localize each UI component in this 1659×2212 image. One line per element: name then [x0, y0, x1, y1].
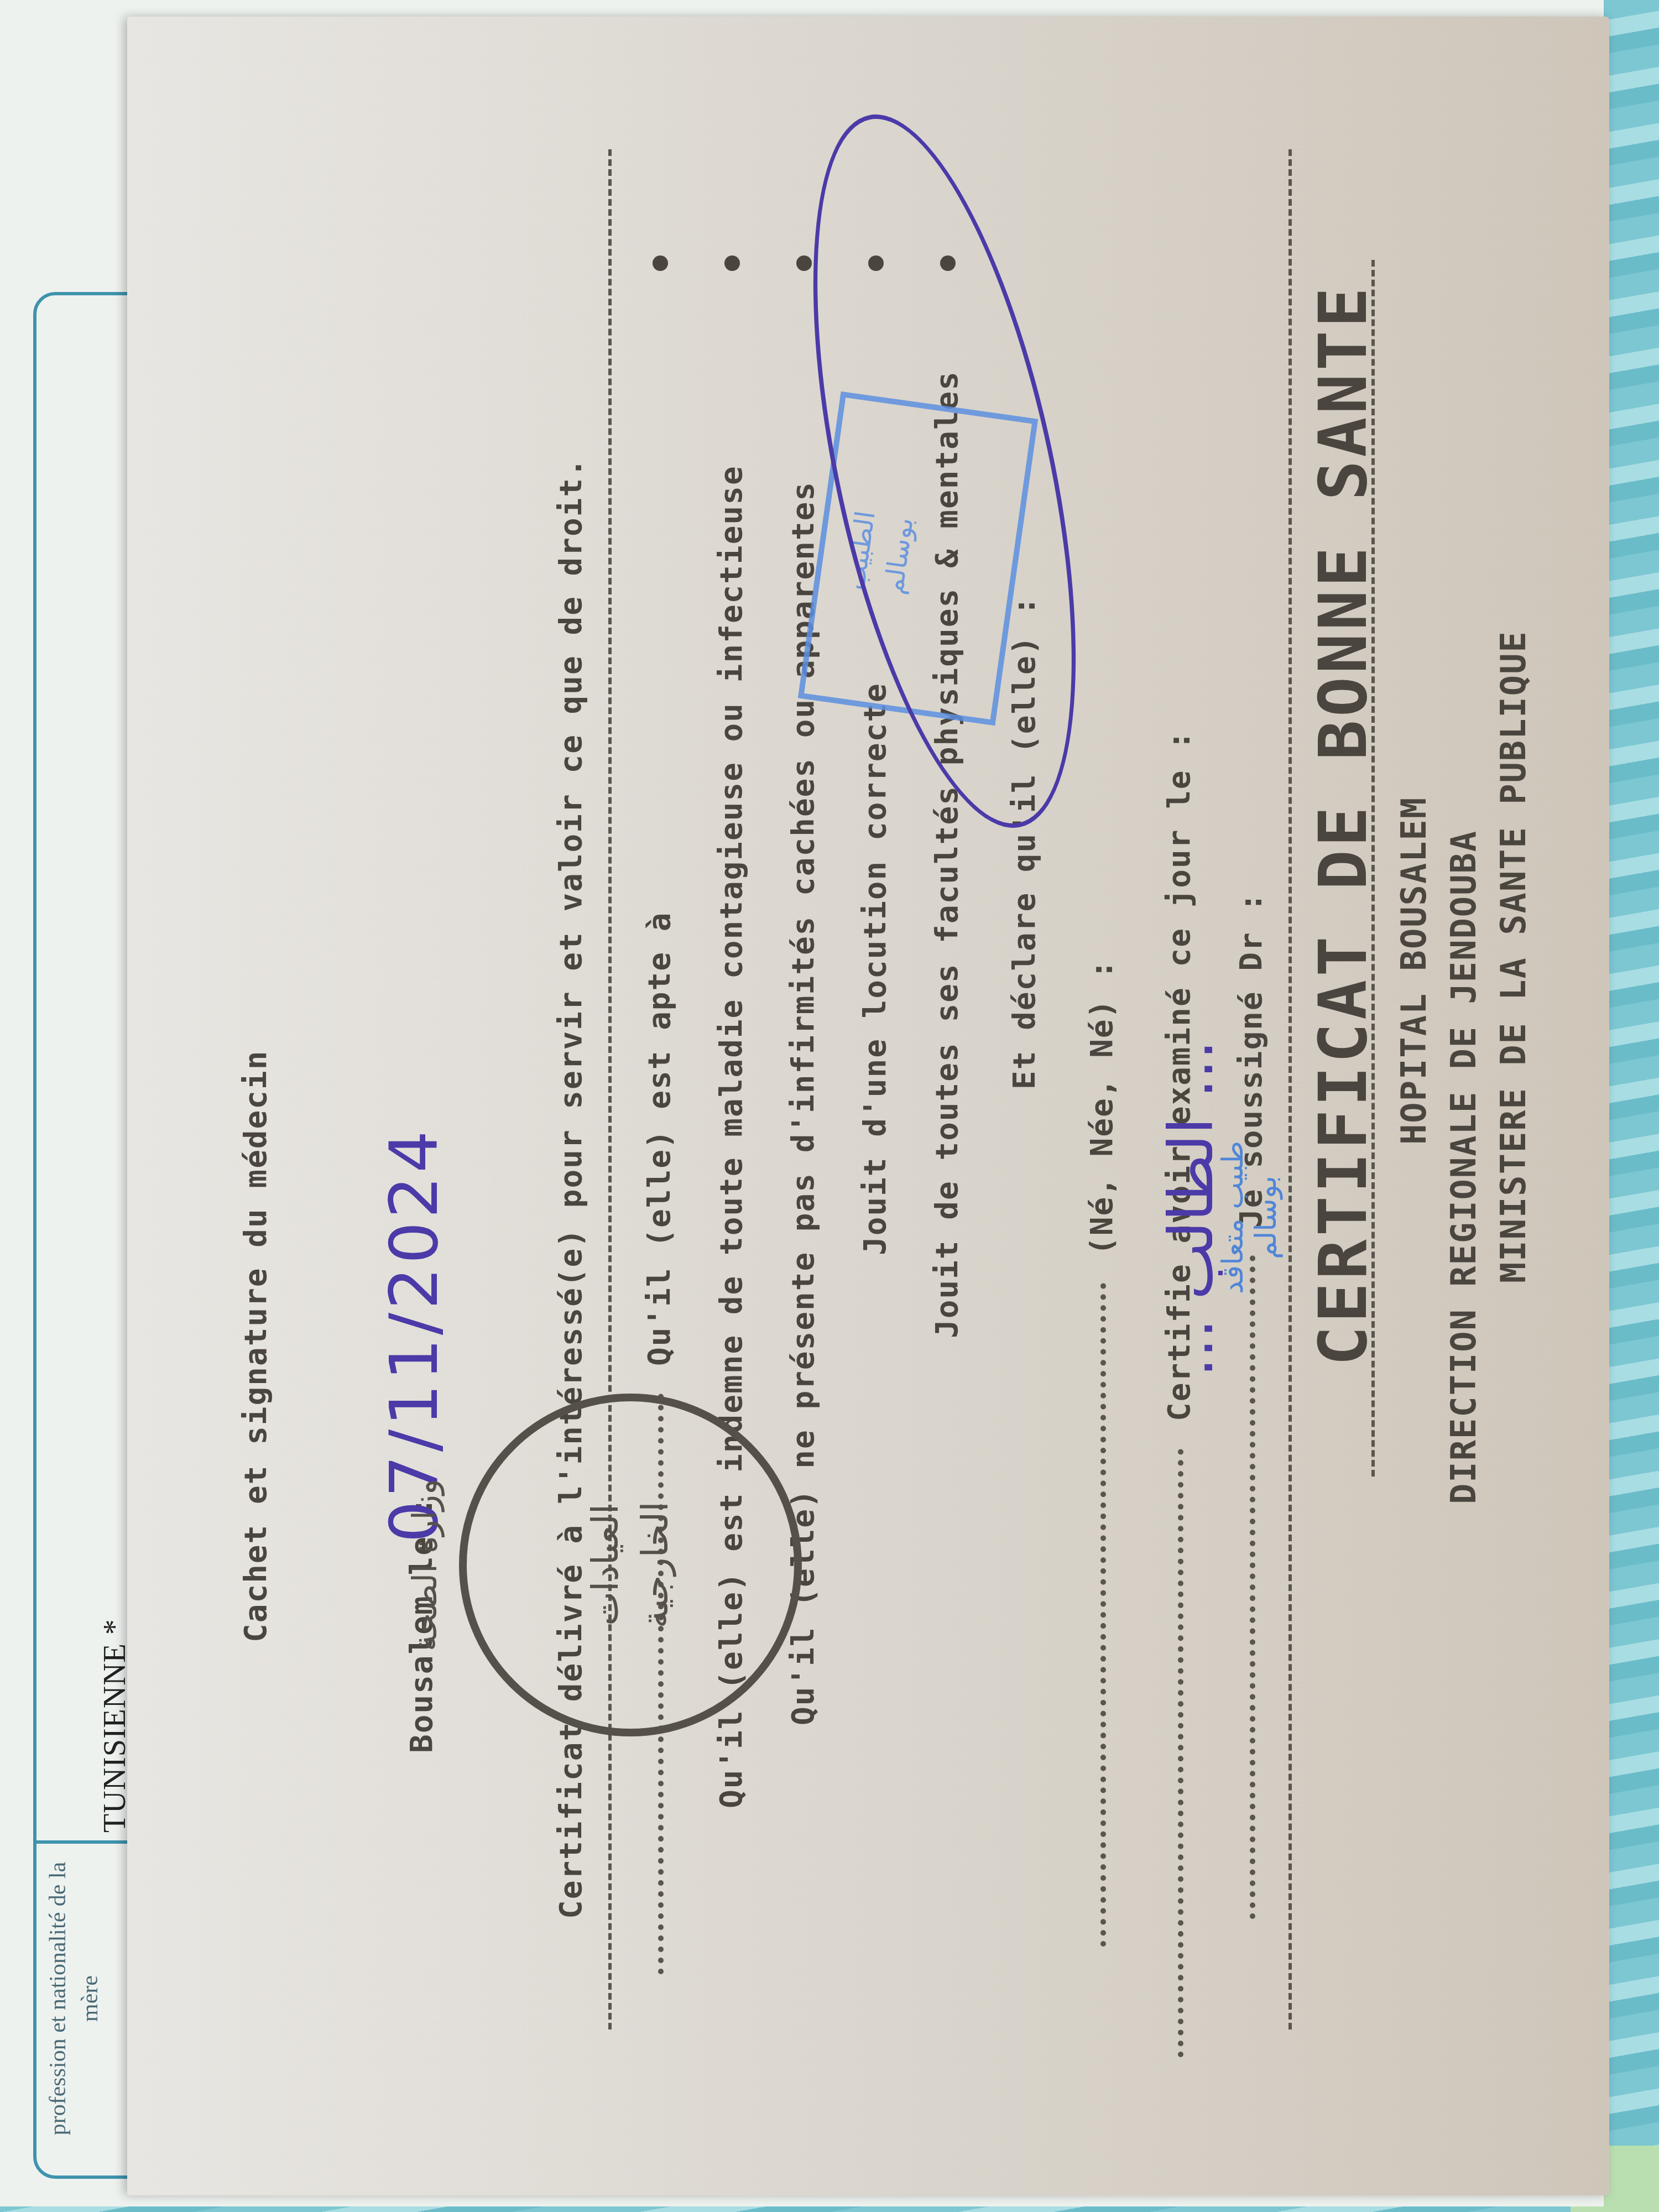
round-stamp-ring: وزارة الصحة — [400, 1479, 450, 1651]
bullet-icon — [653, 255, 668, 271]
handwritten-patient-name: ... الطالب ... — [1156, 1040, 1227, 1377]
body-rule — [608, 149, 612, 2030]
signature-label: Cachet et signature du médecin — [238, 1050, 274, 1642]
header-hospital: HOPITAL BOUSALEM — [1394, 797, 1434, 1145]
bullet-item: Jouit d'une locution correcte — [857, 682, 893, 1255]
certificate-title: CERTIFICAT DE BONNE SANTE — [1305, 284, 1382, 1366]
certificate-sheet: MINISTERE DE LA SANTE PUBLIQUE DIRECTION… — [127, 17, 1609, 2195]
bullet-item: Qu'il (elle) est apte à — [641, 912, 677, 1366]
doctor-stamp-line: بوسالم — [1250, 1141, 1283, 1294]
doctor-stamp-line: طبيب متعاقد — [1217, 1141, 1250, 1294]
round-stamp: وزارة الصحة العيادات الخارجية — [459, 1394, 802, 1736]
born-label: (Né, Née, Né) : — [1084, 959, 1120, 1255]
title-rule — [1288, 149, 1292, 2030]
form-label: profession et nationalité de la mère — [42, 1844, 106, 2153]
bullet-icon — [796, 255, 812, 271]
bullet-icon — [724, 255, 740, 271]
examined-field — [1178, 1449, 1183, 2057]
doctor-field — [1250, 1255, 1255, 1919]
header-ministry: MINISTERE DE LA SANTE PUBLIQUE — [1493, 630, 1533, 1283]
round-stamp-line: العيادات — [581, 1504, 630, 1626]
header-direction: DIRECTION REGIONALE DE JENDOUBA — [1443, 830, 1484, 1504]
doctor-stamp: طبيب متعاقد بوسالم — [1217, 1141, 1283, 1294]
round-stamp-line: الخارجية — [630, 1501, 680, 1628]
born-field — [1100, 1283, 1106, 1947]
